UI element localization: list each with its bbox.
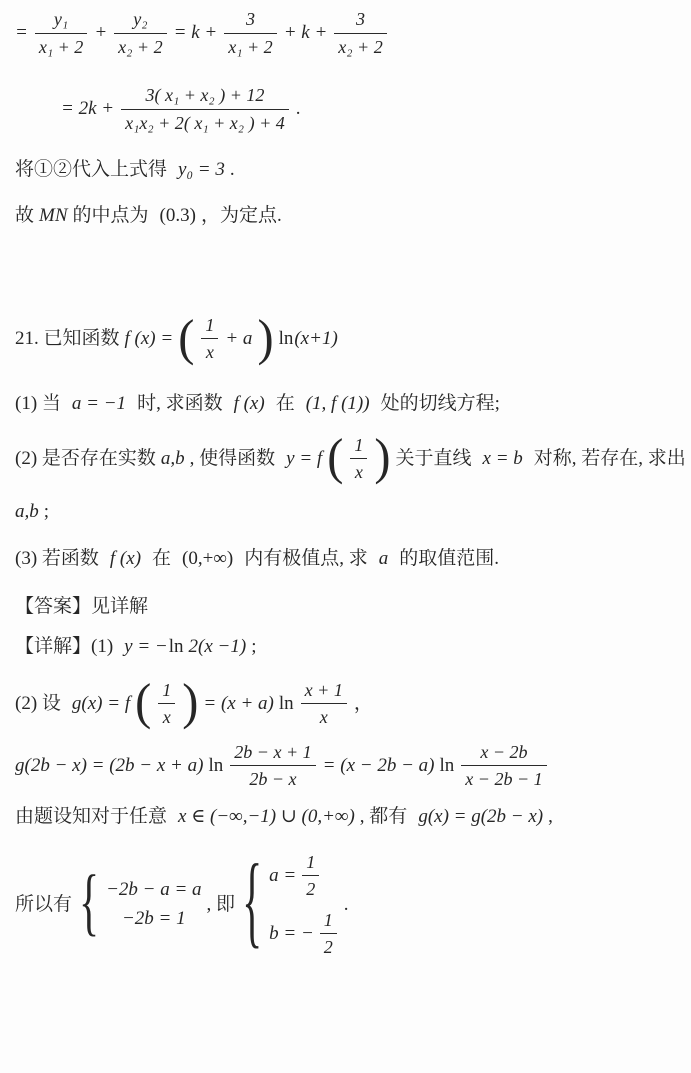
math-text: x ∈ (−∞,−1) ∪ (0,+∞) <box>178 805 355 829</box>
fraction: y₂ x₂ + 2 <box>114 8 166 58</box>
chinese-text: 关于直线 <box>396 447 472 471</box>
chinese-text: 对称, 若存在, 求出 <box>534 447 686 471</box>
numerator: y₁ <box>35 8 87 34</box>
chinese-text: 在 <box>276 392 295 416</box>
problem-number-and-text: 21. 已知函数 <box>15 327 120 351</box>
chinese-text: 将①②代入上式得 <box>15 158 167 182</box>
chinese-text: 处的切线方程; <box>381 392 500 416</box>
chinese-text: ，为定点. <box>201 204 282 228</box>
problem-21-part-3: (3) 若函数 f (x) 在 (0,+∞) 内有极值点, 求 a 的取值范围. <box>15 547 683 571</box>
equation-system-1: −2b − a = a −2b = 1 <box>106 878 201 931</box>
left-paren: ( <box>135 678 151 729</box>
ln-operator: ln <box>279 327 294 351</box>
denominator: 2 <box>302 876 319 901</box>
ln-operator: ln <box>279 692 294 716</box>
fraction: 1 2 <box>302 851 319 901</box>
math-text: = 2k + <box>61 97 114 121</box>
left-paren: ( <box>327 433 343 484</box>
math-text: MN <box>39 204 68 228</box>
comma: ， <box>354 692 373 716</box>
chinese-text: (2) 是否存在实数 <box>15 447 156 471</box>
denominator: x <box>158 704 175 729</box>
solution-symmetry-equation: g(2b − x) = (2b − x + a) ln 2b − x + 1 2… <box>15 741 683 791</box>
fraction: x + 1 x <box>301 679 347 729</box>
numerator: y₂ <box>114 8 166 34</box>
math-text: y₀ = 3 <box>178 158 225 182</box>
denominator: x <box>350 459 367 484</box>
equation-line-2: = 2k + 3( x₁ + x₂ ) + 12 x₁x₂ + 2( x₁ + … <box>61 84 683 134</box>
answer-label: 【答案】见详解 <box>15 595 683 619</box>
case-row: −2b = 1 <box>122 907 186 931</box>
math-text: (x+1) <box>294 327 337 351</box>
period: . <box>230 158 235 182</box>
right-paren: ) <box>182 678 198 729</box>
math-text: f (x) <box>110 547 141 571</box>
midpoint-conclusion: 故 MN 的中点为 (0.3) ，为定点. <box>15 204 683 228</box>
substitution-statement: 将①②代入上式得 y₀ = 3 . <box>15 158 683 182</box>
fraction: 3 x₂ + 2 <box>334 8 386 58</box>
chinese-text: , 使得函数 <box>190 447 276 471</box>
chinese-text: (2) 设 <box>15 692 61 716</box>
period: . <box>344 893 349 917</box>
math-text: + k + <box>284 21 328 45</box>
chinese-text: ; <box>251 635 256 659</box>
math-text: a = <box>269 864 296 888</box>
fraction: 3( x₁ + x₂ ) + 12 x₁x₂ + 2( x₁ + x₂ ) + … <box>121 84 289 134</box>
math-text: 2(x −1) <box>189 635 247 659</box>
plus-operator: + <box>94 21 107 45</box>
denominator: x₁x₂ + 2( x₁ + x₂ ) + 4 <box>121 110 289 135</box>
math-text: (1, f (1)) <box>306 392 370 416</box>
chinese-text: (1) 当 <box>15 392 61 416</box>
comma: , <box>548 805 553 829</box>
fraction: 1 x <box>201 314 218 364</box>
numerator: x + 1 <box>301 679 347 705</box>
chinese-text: , 即 <box>207 893 236 917</box>
math-text: (0,+∞) <box>182 547 233 571</box>
ln-operator: ln <box>208 754 223 778</box>
solution-domain-statement: 由题设知对于任意 x ∈ (−∞,−1) ∪ (0,+∞) , 都有 g(x) … <box>15 805 683 829</box>
math-text: a,b <box>15 500 39 524</box>
solution-system-of-equations: 所以有 { −2b − a = a −2b = 1 , 即 { a = 1 2 … <box>15 851 683 959</box>
math-text: = (x + a) <box>203 692 273 716</box>
solution-label: 【详解】(1) <box>15 635 113 659</box>
fraction: 1 2 <box>320 909 337 959</box>
math-text: = (x − 2b − a) <box>323 754 435 778</box>
math-text: a <box>379 547 389 571</box>
period: . <box>296 97 301 121</box>
solution-part-2-setup: (2) 设 g(x) = f ( 1 x ) = (x + a) ln x + … <box>15 679 683 729</box>
denominator: x₂ + 2 <box>334 34 386 59</box>
fraction: 1 x <box>350 434 367 484</box>
chinese-text: 内有极值点, 求 <box>244 547 368 571</box>
math-text: y = − <box>124 635 168 659</box>
numerator: 1 <box>302 851 319 877</box>
numerator: 3 <box>224 8 276 34</box>
math-text: (0.3) <box>160 204 196 228</box>
document-page: = y₁ x₁ + 2 + y₂ x₂ + 2 = k + 3 x₁ + 2 +… <box>0 0 691 1073</box>
problem-21-part-1: (1) 当 a = −1 时, 求函数 f (x) 在 (1, f (1)) 处… <box>15 392 683 416</box>
chinese-text: 在 <box>152 547 171 571</box>
numerator: 3( x₁ + x₂ ) + 12 <box>121 84 289 110</box>
denominator: x₁ + 2 <box>224 34 276 59</box>
denominator: 2b − x <box>230 766 315 791</box>
math-text: a,b <box>161 447 185 471</box>
numerator: 1 <box>320 909 337 935</box>
denominator: x₂ + 2 <box>114 34 166 59</box>
chinese-text: 时, 求函数 <box>137 392 223 416</box>
math-text: f (x) <box>234 392 265 416</box>
right-paren: ) <box>374 433 390 484</box>
chinese-text: 由题设知对于任意 <box>15 805 167 829</box>
numerator: 1 <box>158 679 175 705</box>
equals-sign: = <box>15 21 28 45</box>
fraction: 1 x <box>158 679 175 729</box>
numerator: 1 <box>201 314 218 340</box>
math-text: g(x) = g(2b − x) <box>418 805 543 829</box>
ln-operator: ln <box>169 635 184 659</box>
math-text: b = − <box>269 922 314 946</box>
right-paren: ) <box>257 313 273 364</box>
problem-21-part-2: (2) 是否存在实数 a,b , 使得函数 y = f ( 1 x ) 关于直线… <box>15 434 683 484</box>
numerator: 1 <box>350 434 367 460</box>
math-text: a = −1 <box>72 392 126 416</box>
chinese-text: (3) 若函数 <box>15 547 99 571</box>
fraction: x − 2b x − 2b − 1 <box>461 741 546 791</box>
equation-line-1: = y₁ x₁ + 2 + y₂ x₂ + 2 = k + 3 x₁ + 2 +… <box>15 8 683 58</box>
fraction: y₁ x₁ + 2 <box>35 8 87 58</box>
fraction: 2b − x + 1 2b − x <box>230 741 315 791</box>
fraction: 3 x₁ + 2 <box>224 8 276 58</box>
equation-system-2: a = 1 2 b = − 1 2 <box>269 851 339 959</box>
numerator: 3 <box>334 8 386 34</box>
math-text: g(x) = f <box>72 692 130 716</box>
math-text: y = f <box>286 447 322 471</box>
case-row: a = 1 2 <box>269 851 321 901</box>
answer-text: 【答案】见详解 <box>15 595 148 619</box>
case-row: b = − 1 2 <box>269 909 339 959</box>
math-text: g(2b − x) = (2b − x + a) <box>15 754 203 778</box>
chinese-text: 故 <box>15 204 34 228</box>
math-text: = k + <box>174 21 218 45</box>
denominator: x₁ + 2 <box>35 34 87 59</box>
math-text: + a <box>225 327 252 351</box>
chinese-text: 的中点为 <box>73 204 149 228</box>
math-text: f (x) = <box>125 327 174 351</box>
solution-part-1: 【详解】(1) y = − ln 2(x −1) ; <box>15 635 683 659</box>
numerator: 2b − x + 1 <box>230 741 315 767</box>
chinese-text: ; <box>44 500 49 524</box>
denominator: 2 <box>320 934 337 959</box>
left-paren: ( <box>178 313 194 364</box>
ln-operator: ln <box>439 754 454 778</box>
denominator: x <box>201 339 218 364</box>
chinese-text: 的取值范围. <box>399 547 499 571</box>
problem-21-statement: 21. 已知函数 f (x) = ( 1 x + a ) ln (x+1) <box>15 314 683 364</box>
left-brace: { <box>242 853 262 955</box>
left-brace: { <box>79 867 99 942</box>
case-row: −2b − a = a <box>106 878 201 902</box>
math-text: x = b <box>483 447 523 471</box>
numerator: x − 2b <box>461 741 546 767</box>
chinese-text: , 都有 <box>360 805 408 829</box>
denominator: x − 2b − 1 <box>461 766 546 791</box>
problem-21-part-2-continuation: a,b ; <box>15 500 683 524</box>
chinese-text: 所以有 <box>15 893 72 917</box>
denominator: x <box>301 704 347 729</box>
